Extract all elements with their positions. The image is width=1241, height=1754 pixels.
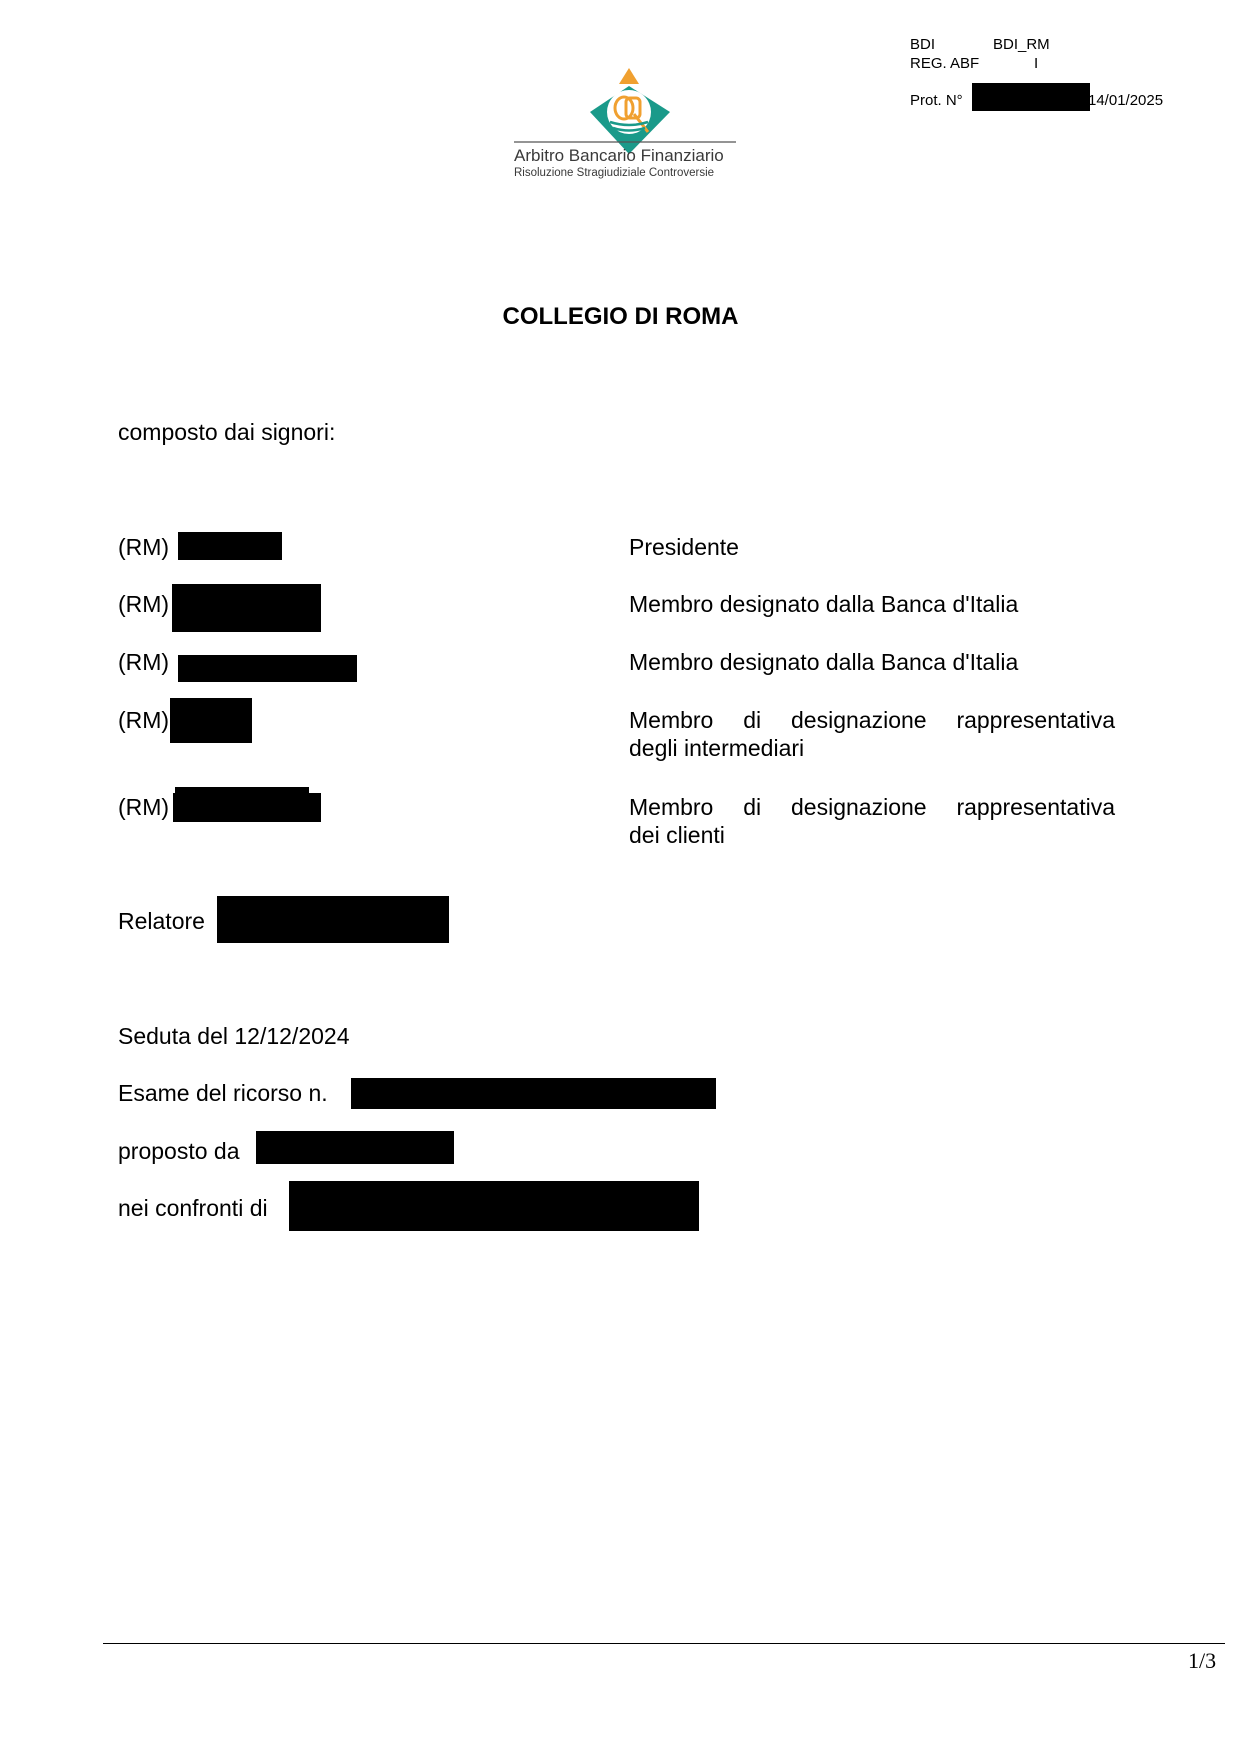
member-2-role: Membro designato dalla Banca d'Italia: [629, 590, 1115, 618]
redacted-member-3-name: [178, 655, 357, 682]
member-4-prefix: (RM): [118, 707, 169, 733]
member-5-role-line1: Membro di designazione rappresentativa: [629, 793, 1115, 821]
redacted-member-1-name: [178, 532, 282, 560]
confronti-label: nei confronti di: [118, 1195, 268, 1221]
header-value-bdi: BDI_RM: [993, 36, 1050, 53]
redacted-intermediario-name: [289, 1181, 699, 1231]
member-2-prefix: (RM): [118, 591, 169, 617]
relatore-label: Relatore: [118, 908, 205, 934]
seduta-date: Seduta del 12/12/2024: [118, 1023, 349, 1049]
esame-label: Esame del ricorso n.: [118, 1080, 328, 1106]
redacted-member-2-name: [172, 584, 321, 632]
member-3-role: Membro designato dalla Banca d'Italia: [629, 648, 1115, 676]
member-4-role-line1: Membro di designazione rappresentativa: [629, 706, 1115, 734]
proposto-label: proposto da: [118, 1138, 239, 1164]
footer-divider: [103, 1643, 1225, 1644]
prot-date: 14/01/2025: [1088, 92, 1163, 109]
redacted-member-5-name: [173, 793, 321, 822]
page-title: COLLEGIO DI ROMA: [0, 303, 1241, 331]
redacted-prot-number: [972, 83, 1090, 111]
member-1-prefix: (RM): [118, 534, 169, 560]
header-label-bdi: BDI: [910, 36, 935, 53]
redacted-member-4-name: [170, 698, 252, 743]
redacted-ricorrente-name: [256, 1131, 454, 1164]
redacted-ricorso-number: [351, 1078, 716, 1109]
intro-text: composto dai signori:: [118, 419, 335, 445]
member-4-role-line2: degli intermediari: [629, 735, 804, 761]
member-5-prefix: (RM): [118, 794, 169, 820]
logo-name: Arbitro Bancario Finanziario: [514, 146, 724, 166]
member-1-role: Presidente: [629, 533, 1115, 561]
member-5-role: Membro di designazione rappresentativa d…: [629, 793, 1115, 849]
header-value-reg-abf: I: [1034, 55, 1038, 72]
member-5-role-line2: dei clienti: [629, 822, 725, 848]
member-3-prefix: (RM): [118, 649, 169, 675]
abf-logo: Arbitro Bancario Finanziario Risoluzione…: [510, 64, 750, 184]
redacted-relatore-name: [217, 896, 449, 943]
logo-tagline: Risoluzione Stragiudiziale Controversie: [514, 167, 714, 179]
prot-label: Prot. N°: [910, 92, 963, 109]
page-number: 1/3: [1188, 1648, 1216, 1674]
member-4-role: Membro di designazione rappresentativa d…: [629, 706, 1115, 762]
header-label-reg-abf: REG. ABF: [910, 55, 979, 72]
abf-emblem-icon: [510, 64, 750, 154]
